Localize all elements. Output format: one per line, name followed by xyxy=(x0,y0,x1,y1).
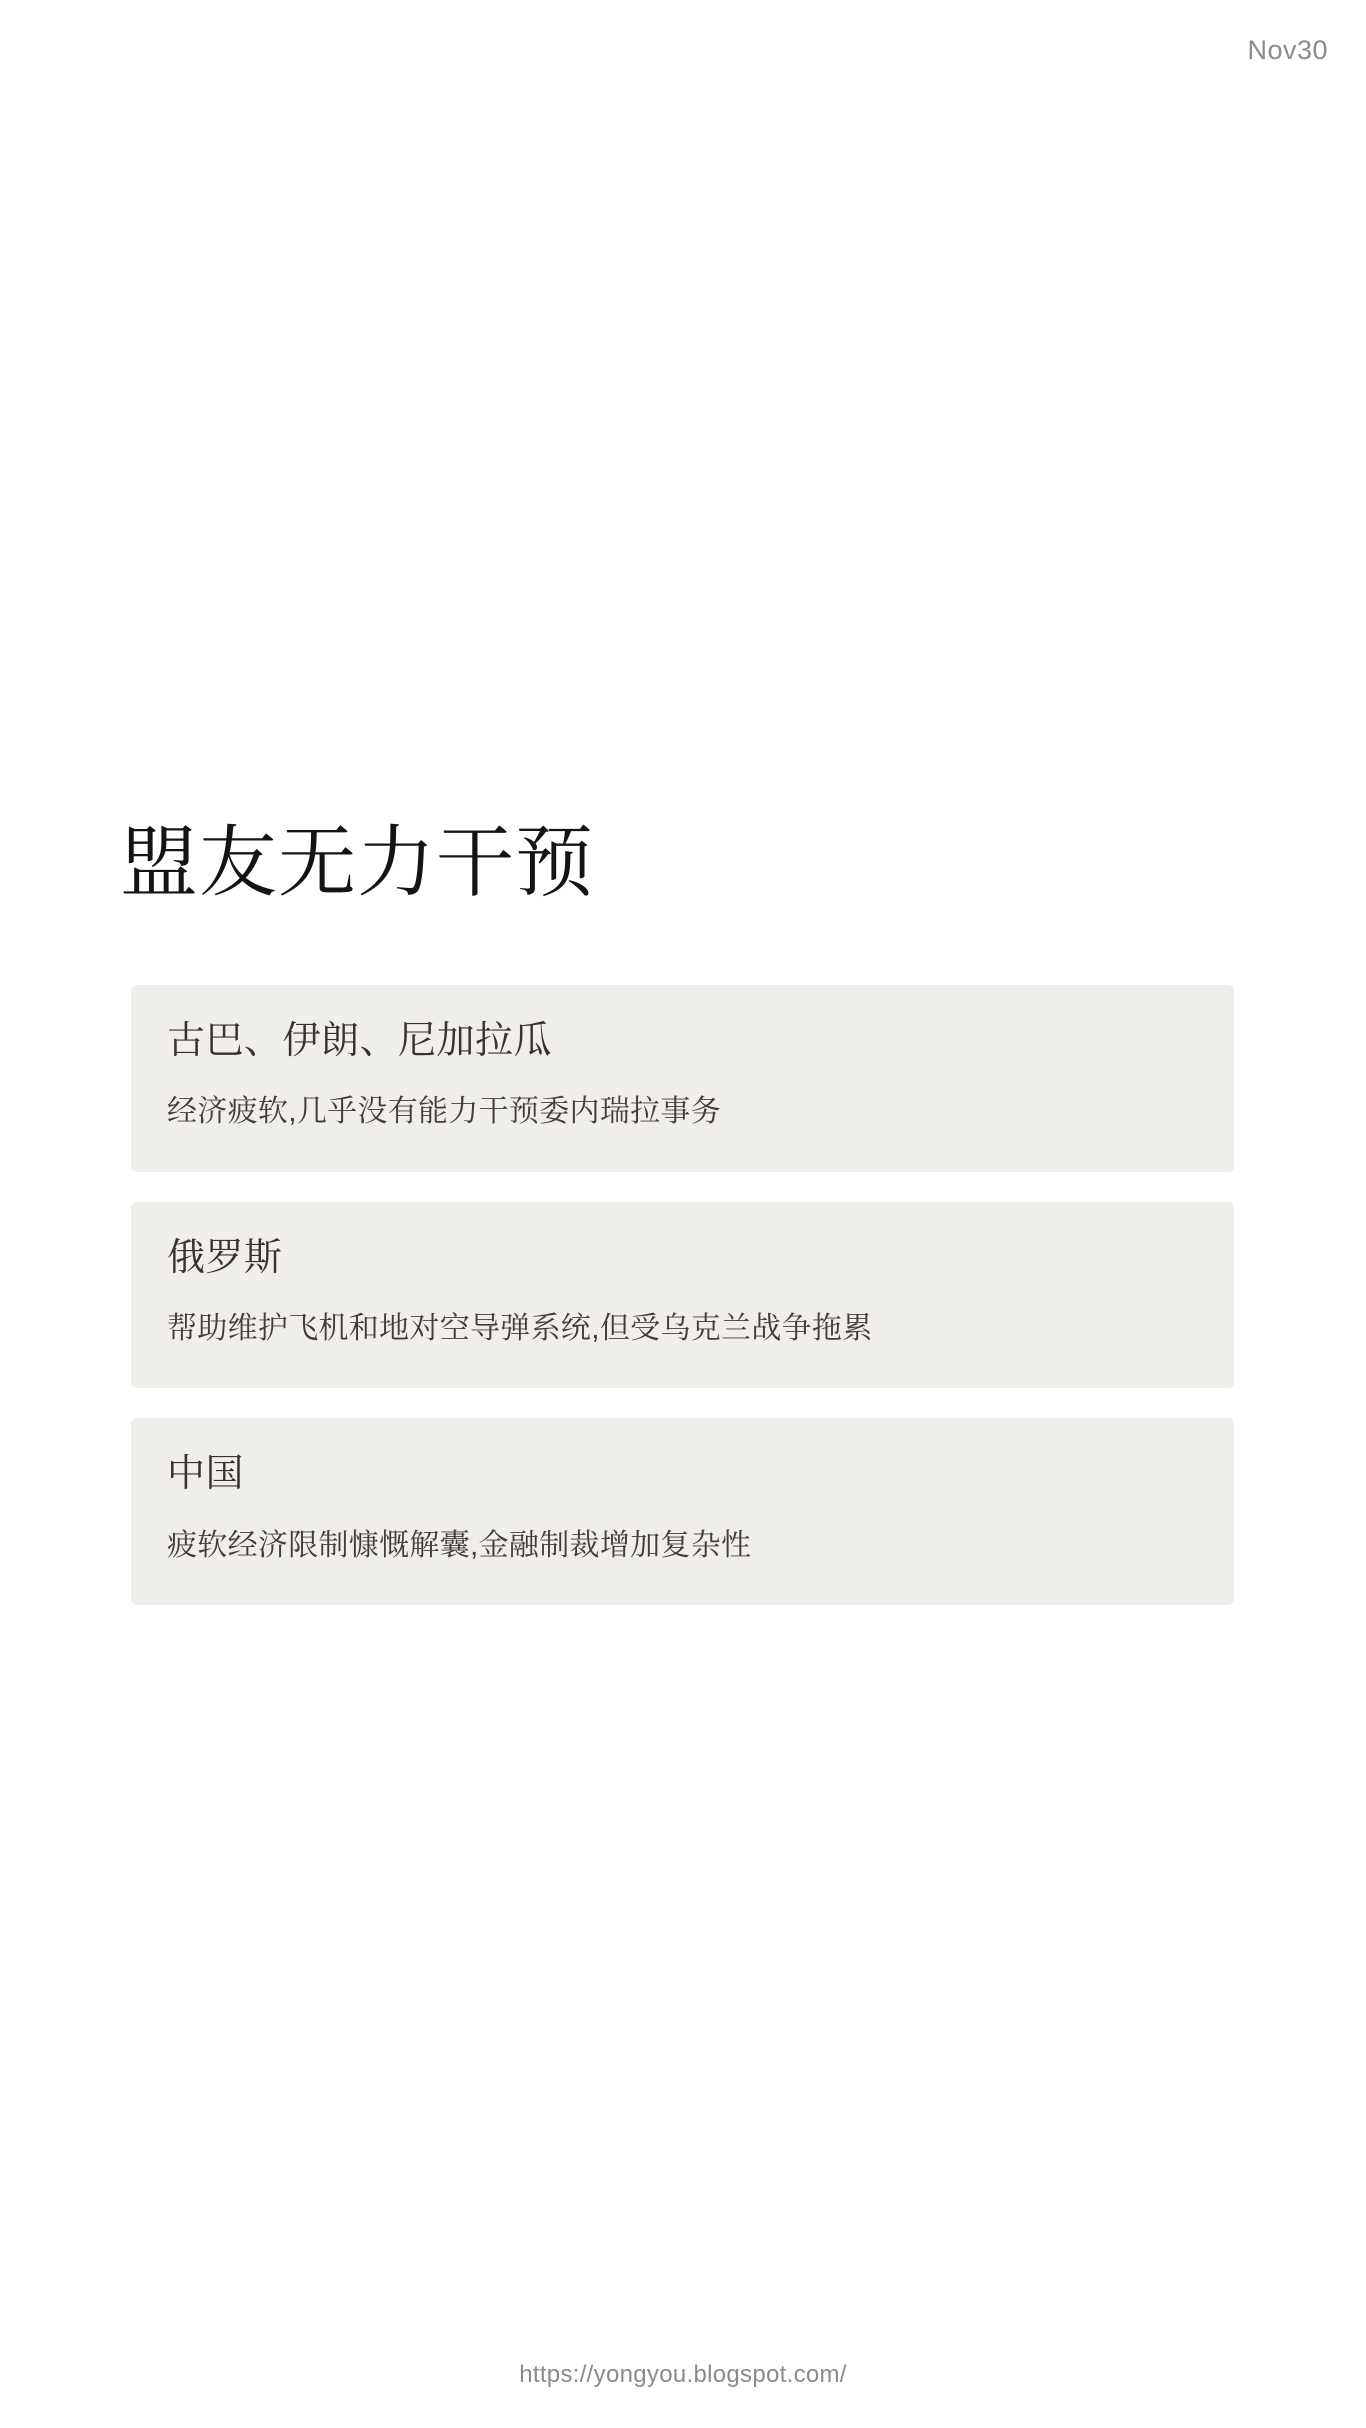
card-body: 帮助维护飞机和地对空导弹系统,但受乌克兰战争拖累 xyxy=(167,1307,1194,1351)
page-title: 盟友无力干预 xyxy=(120,818,594,908)
card-china: 中国 疲软经济限制慷慨解囊,金融制裁增加复杂性 xyxy=(131,1418,1234,1605)
footer-url: https://yongyou.blogspot.com/ xyxy=(0,2359,1366,2390)
card-cuba-iran-nicaragua: 古巴、伊朗、尼加拉瓜 经济疲软,几乎没有能力干预委内瑞拉事务 xyxy=(131,985,1234,1172)
card-title: 中国 xyxy=(167,1448,1194,1501)
card-list: 古巴、伊朗、尼加拉瓜 经济疲软,几乎没有能力干预委内瑞拉事务 俄罗斯 帮助维护飞… xyxy=(131,985,1234,1605)
card-russia: 俄罗斯 帮助维护飞机和地对空导弹系统,但受乌克兰战争拖累 xyxy=(131,1202,1234,1389)
card-body: 疲软经济限制慷慨解囊,金融制裁增加复杂性 xyxy=(167,1524,1194,1568)
date-label: Nov30 xyxy=(1247,34,1328,66)
card-body: 经济疲软,几乎没有能力干预委内瑞拉事务 xyxy=(167,1090,1194,1134)
slide-page: Nov30 盟友无力干预 古巴、伊朗、尼加拉瓜 经济疲软,几乎没有能力干预委内瑞… xyxy=(0,0,1366,2428)
card-title: 俄罗斯 xyxy=(167,1232,1194,1285)
card-title: 古巴、伊朗、尼加拉瓜 xyxy=(167,1015,1194,1068)
